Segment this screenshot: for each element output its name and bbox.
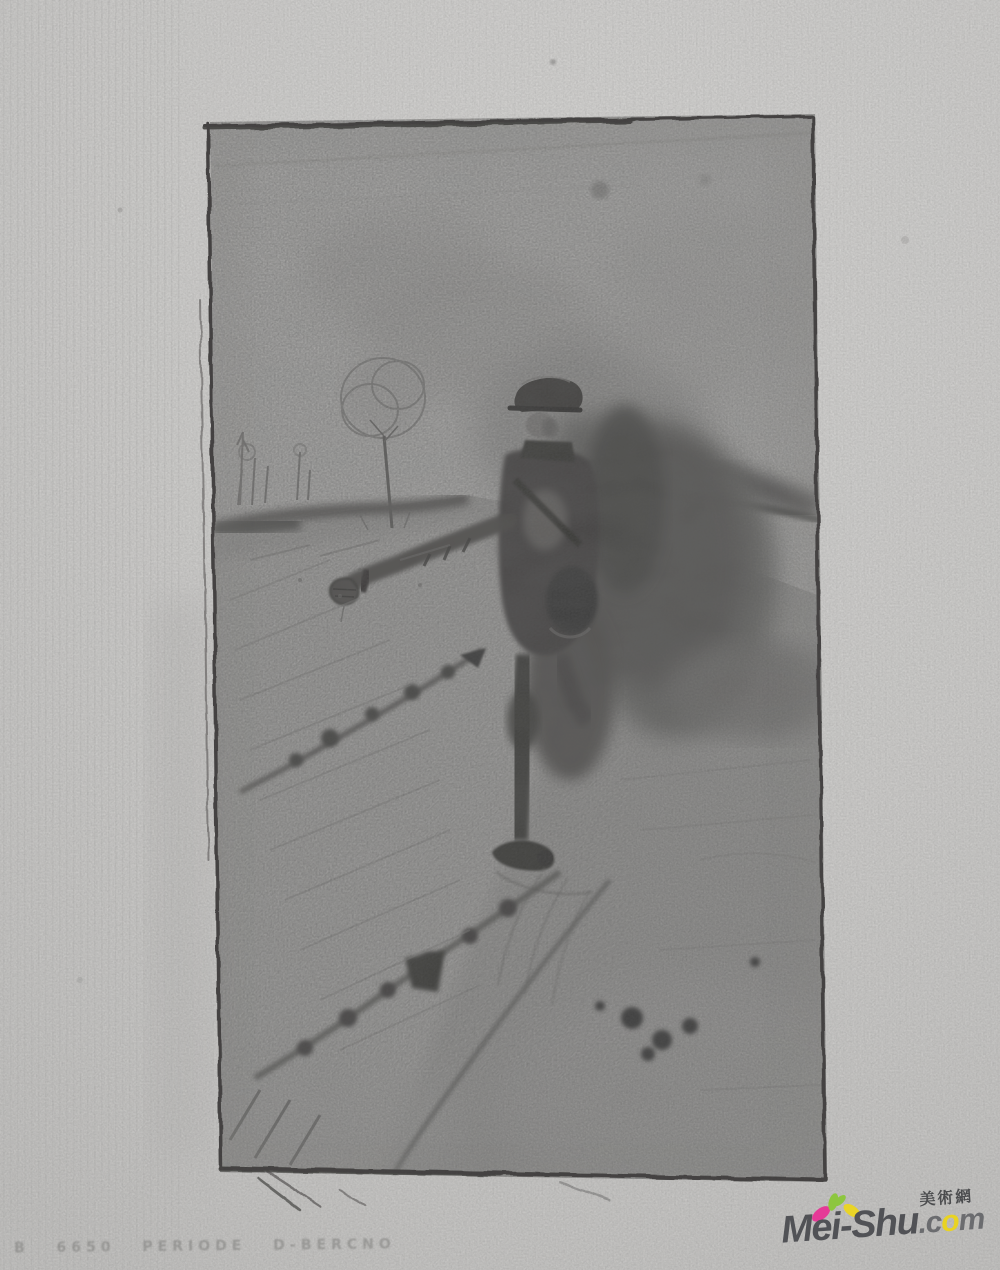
watermark: 美術網 Mei-Shu.com [773,1178,1000,1270]
watermark-suffix-o: o [940,1204,960,1238]
sower-sketch-drawing [0,0,1000,1270]
artwork-scan: B 6650 PERIODE D-BERCNO 美術網 Mei-Shu.com [0,0,1000,1270]
paper-grain-overlay [0,0,1000,1270]
watermark-suffix-dotc: .c [917,1206,942,1241]
watermark-suffix: .com [917,1205,985,1240]
watermark-brand: Mei-Shu [780,1202,920,1249]
watermark-suffix-m: m [957,1203,985,1238]
